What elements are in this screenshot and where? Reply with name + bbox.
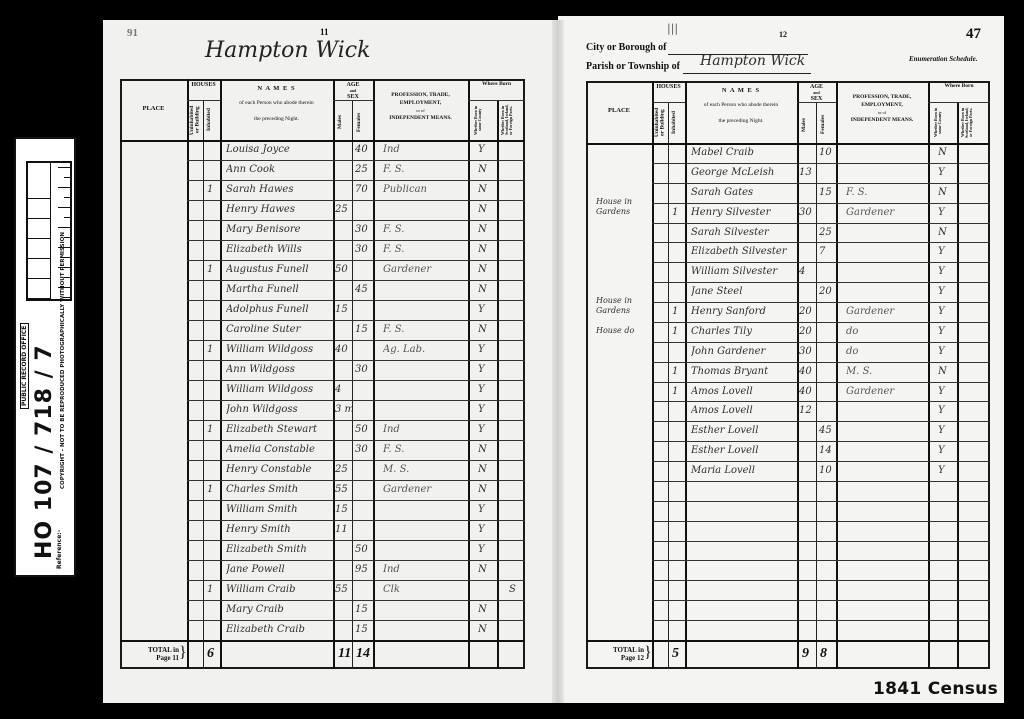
same-county-cell bbox=[938, 580, 957, 600]
inhabited-cell bbox=[672, 501, 685, 521]
female-age-cell bbox=[819, 362, 836, 382]
inhabited-cell bbox=[672, 600, 685, 620]
uninhabited-cell bbox=[189, 200, 203, 220]
inhabited-cell bbox=[672, 521, 685, 541]
inhabited-cell: 1 bbox=[207, 480, 220, 500]
profession-cell: F. S. bbox=[383, 240, 466, 260]
foreign-born-cell bbox=[969, 461, 990, 481]
names-header: N A M E S bbox=[220, 86, 333, 93]
foreign-born-cell bbox=[509, 360, 525, 380]
same-county-cell: Y bbox=[478, 420, 497, 440]
profession-cell: F. S. bbox=[846, 183, 926, 203]
inhabited-cell bbox=[672, 560, 685, 580]
houses-header: HOUSES bbox=[652, 84, 685, 90]
uninhabited-cell bbox=[189, 520, 203, 540]
houses-header-divider bbox=[187, 100, 220, 101]
male-age-cell bbox=[799, 580, 816, 600]
person-name-cell: Jane Powell bbox=[226, 560, 331, 580]
inhabited-cell bbox=[672, 143, 685, 163]
foreign-born-cell bbox=[969, 501, 990, 521]
male-age-cell bbox=[335, 240, 352, 260]
inhabited-cell: 1 bbox=[672, 322, 685, 342]
same-county-cell: Y bbox=[478, 380, 497, 400]
person-name-cell: Mary Craib bbox=[226, 600, 331, 620]
copyright-notice: COPYRIGHT - NOT TO BE REPRODUCED PHOTOGR… bbox=[60, 232, 66, 489]
age-and-header: and bbox=[797, 91, 836, 95]
female-age-cell: 45 bbox=[819, 421, 836, 441]
male-age-cell bbox=[799, 521, 816, 541]
profession-cell: F. S. bbox=[383, 440, 466, 460]
person-name-cell: Adolphus Funell bbox=[226, 300, 331, 320]
female-age-cell bbox=[819, 560, 836, 580]
profession-cell: do bbox=[846, 322, 926, 342]
uninhabited-cell bbox=[654, 521, 668, 541]
male-age-cell: 12 bbox=[799, 401, 816, 421]
uninhabited-cell bbox=[654, 163, 668, 183]
uninhabited-cell bbox=[654, 560, 668, 580]
female-age-cell bbox=[819, 342, 836, 362]
same-county-cell: Y bbox=[478, 340, 497, 360]
profession-cell bbox=[846, 481, 926, 501]
profession-cell bbox=[846, 580, 926, 600]
folio-number: 47 bbox=[966, 26, 981, 43]
same-county-cell: Y bbox=[938, 342, 957, 362]
person-name-cell: Sarah Hawes bbox=[226, 180, 331, 200]
inhabited-cell bbox=[207, 540, 220, 560]
profession-cell bbox=[846, 521, 926, 541]
uninhabited-cell bbox=[654, 600, 668, 620]
folio-mark: 91 bbox=[127, 27, 138, 39]
same-county-cell: N bbox=[938, 183, 957, 203]
female-age-cell bbox=[819, 382, 836, 402]
female-age-cell bbox=[355, 460, 373, 480]
female-age-cell: 50 bbox=[355, 420, 373, 440]
same-county-cell: N bbox=[478, 560, 497, 580]
inhabited-cell: 1 bbox=[207, 420, 220, 440]
foreign-born-cell bbox=[969, 183, 990, 203]
female-age-cell bbox=[819, 541, 836, 561]
inhabited-cell bbox=[207, 560, 220, 580]
same-county-cell: Y bbox=[938, 461, 957, 481]
profession-cell: Gardener bbox=[846, 382, 926, 402]
where-born-header-divider bbox=[928, 102, 990, 103]
female-age-cell bbox=[819, 521, 836, 541]
uninhabited-cell bbox=[654, 481, 668, 501]
inhabited-cell bbox=[207, 500, 220, 520]
houses-header: HOUSES bbox=[187, 82, 220, 88]
same-county-cell bbox=[938, 501, 957, 521]
person-name-cell: Henry Hawes bbox=[226, 200, 331, 220]
foreign-born-cell bbox=[509, 620, 525, 640]
same-county-cell bbox=[938, 541, 957, 561]
person-name-cell: William Silvester bbox=[691, 262, 795, 282]
record-office-label: PUBLIC RECORD OFFICE bbox=[20, 323, 29, 409]
female-age-cell bbox=[819, 262, 836, 282]
inhabited-cell: 1 bbox=[207, 340, 220, 360]
uninhabited-cell bbox=[654, 262, 668, 282]
female-age-cell: 45 bbox=[355, 280, 373, 300]
uninhabited-cell bbox=[189, 340, 203, 360]
foreign-born-cell bbox=[969, 541, 990, 561]
same-county-cell: N bbox=[478, 180, 497, 200]
uninhabited-cell bbox=[654, 183, 668, 203]
female-age-cell: 30 bbox=[355, 240, 373, 260]
profession-cell: F. S. bbox=[383, 320, 466, 340]
foreign-born-cell bbox=[509, 420, 525, 440]
uninhabited-cell bbox=[189, 220, 203, 240]
same-county-cell: Y bbox=[938, 163, 957, 183]
same-county-cell: Y bbox=[478, 360, 497, 380]
profession-cell: Gardener bbox=[846, 302, 926, 322]
foreign-born-cell bbox=[969, 521, 990, 541]
place-header: PLACE bbox=[586, 108, 652, 115]
same-county-cell: N bbox=[938, 223, 957, 243]
parish-value: Hampton Wick bbox=[700, 53, 805, 69]
uninhabited-cell bbox=[189, 300, 203, 320]
city-label: City or Borough of bbox=[586, 42, 666, 53]
female-age-cell: 25 bbox=[819, 223, 836, 243]
inhabited-cell: 1 bbox=[207, 260, 220, 280]
uninhabited-cell bbox=[189, 560, 203, 580]
same-county-cell bbox=[938, 600, 957, 620]
inhabited-cell bbox=[207, 600, 220, 620]
foreign-born-cell bbox=[509, 380, 525, 400]
female-age-cell bbox=[819, 401, 836, 421]
males-header: Males bbox=[802, 110, 813, 139]
foreign-born-cell bbox=[969, 600, 990, 620]
uninhabited-cell bbox=[654, 322, 668, 342]
inhabited-cell bbox=[207, 360, 220, 380]
inhabited-cell: 1 bbox=[672, 203, 685, 223]
female-age-cell: 15 bbox=[819, 183, 836, 203]
person-name-cell: Martha Funell bbox=[226, 280, 331, 300]
uninhabited-cell bbox=[654, 382, 668, 402]
place-note: House in Gardens bbox=[596, 197, 650, 217]
person-name-cell: Ann Wildgoss bbox=[226, 360, 331, 380]
uninhabited-cell bbox=[654, 441, 668, 461]
inhabited-cell bbox=[672, 223, 685, 243]
profession-cell bbox=[383, 500, 466, 520]
foreign-born-cell bbox=[969, 560, 990, 580]
profession-cell bbox=[846, 282, 926, 302]
foreign-born-cell bbox=[509, 340, 525, 360]
inhabited-cell bbox=[207, 400, 220, 420]
female-age-cell: 30 bbox=[355, 440, 373, 460]
same-county-cell: N bbox=[478, 460, 497, 480]
person-name-cell: William Smith bbox=[226, 500, 331, 520]
total-row-rule bbox=[586, 640, 990, 642]
person-name-cell: Henry Silvester bbox=[691, 203, 795, 223]
ruler-tick bbox=[58, 227, 70, 228]
profession-header-3: or of bbox=[373, 109, 468, 114]
inhabited-cell bbox=[207, 320, 220, 340]
inhabited-cell: 1 bbox=[672, 362, 685, 382]
female-age-cell: 40 bbox=[355, 140, 373, 160]
female-age-cell bbox=[355, 340, 373, 360]
uninhabited-cell bbox=[654, 282, 668, 302]
same-county-cell: Y bbox=[478, 400, 497, 420]
male-age-cell bbox=[799, 441, 816, 461]
foreign-born-cell bbox=[969, 203, 990, 223]
same-county-cell: Y bbox=[478, 500, 497, 520]
female-age-cell: 70 bbox=[355, 180, 373, 200]
uninhabited-cell bbox=[189, 320, 203, 340]
foreign-born-cell: S bbox=[509, 580, 525, 600]
person-name-cell: Henry Smith bbox=[226, 520, 331, 540]
uninhabited-cell bbox=[189, 620, 203, 640]
female-age-cell bbox=[819, 600, 836, 620]
same-county-cell: N bbox=[478, 200, 497, 220]
inhabited-cell bbox=[672, 262, 685, 282]
female-age-cell: 25 bbox=[355, 160, 373, 180]
same-county-cell: N bbox=[478, 320, 497, 340]
person-name-cell: John Gardener bbox=[691, 342, 795, 362]
inhabited-cell bbox=[207, 300, 220, 320]
foreign-born-cell bbox=[509, 400, 525, 420]
uninhabited-cell bbox=[654, 580, 668, 600]
uninhabited-cell bbox=[654, 242, 668, 262]
same-county-cell: N bbox=[478, 260, 497, 280]
person-name-cell: Charles Tily bbox=[691, 322, 795, 342]
profession-cell bbox=[383, 280, 466, 300]
profession-header-2: EMPLOYMENT, bbox=[836, 103, 928, 109]
male-age-cell bbox=[335, 420, 352, 440]
inhabited-cell bbox=[207, 140, 220, 160]
profession-cell bbox=[846, 143, 926, 163]
total-label-2: Page 12 bbox=[588, 654, 644, 662]
female-age-cell bbox=[819, 322, 836, 342]
uninhabited-cell bbox=[189, 140, 203, 160]
person-name-cell: Elizabeth Stewart bbox=[226, 420, 331, 440]
person-name-cell bbox=[691, 600, 795, 620]
total-row-rule bbox=[120, 640, 525, 642]
person-name-cell: Mabel Craib bbox=[691, 143, 795, 163]
male-age-cell bbox=[335, 320, 352, 340]
male-age-cell bbox=[799, 560, 816, 580]
foreign-born-cell bbox=[969, 163, 990, 183]
names-subheader-1: of each Person who abode therein bbox=[220, 101, 333, 107]
foreign-born-cell bbox=[969, 322, 990, 342]
total-females: 14 bbox=[356, 646, 370, 662]
person-name-cell bbox=[691, 620, 795, 640]
tally-mark: ||| bbox=[667, 22, 678, 35]
same-county-cell: Y bbox=[938, 322, 957, 342]
inhabited-cell bbox=[672, 441, 685, 461]
foreign-born-cell bbox=[509, 240, 525, 260]
person-name-cell: Amelia Constable bbox=[226, 440, 331, 460]
person-name-cell: Elizabeth Silvester bbox=[691, 242, 795, 262]
female-age-cell bbox=[819, 163, 836, 183]
person-name-cell bbox=[691, 541, 795, 561]
uninhabited-cell bbox=[189, 480, 203, 500]
inhabited-cell bbox=[672, 461, 685, 481]
same-county-cell: N bbox=[478, 220, 497, 240]
same-county-cell: Y bbox=[938, 242, 957, 262]
uninhabited-cell bbox=[189, 420, 203, 440]
male-age-cell bbox=[335, 620, 352, 640]
total-brace: } bbox=[644, 644, 652, 662]
foreign-born-cell bbox=[509, 440, 525, 460]
profession-cell: Ind bbox=[383, 420, 466, 440]
same-county-header: Whether Born in same County bbox=[474, 103, 493, 137]
male-age-cell bbox=[335, 360, 352, 380]
ruler-tick bbox=[58, 167, 70, 168]
ruler-cell bbox=[28, 279, 50, 299]
same-county-cell: N bbox=[478, 240, 497, 260]
inhabited-cell bbox=[207, 440, 220, 460]
uninhabited-cell bbox=[654, 203, 668, 223]
profession-cell bbox=[383, 300, 466, 320]
female-age-cell bbox=[355, 260, 373, 280]
foreign-born-cell bbox=[969, 620, 990, 640]
profession-cell bbox=[383, 380, 466, 400]
uninhabited-cell bbox=[654, 501, 668, 521]
female-age-cell: 15 bbox=[355, 600, 373, 620]
uninhabited-cell bbox=[189, 160, 203, 180]
person-name-cell: Amos Lovell bbox=[691, 401, 795, 421]
census-watermark: 1841 Census bbox=[873, 679, 998, 699]
same-county-cell: Y bbox=[938, 302, 957, 322]
person-name-cell: Esther Lovell bbox=[691, 441, 795, 461]
foreign-born-cell bbox=[969, 242, 990, 262]
foreign-born-cell bbox=[969, 223, 990, 243]
age-and-header: and bbox=[333, 89, 373, 93]
male-age-cell bbox=[335, 280, 352, 300]
inhabited-cell bbox=[672, 163, 685, 183]
total-females: 8 bbox=[820, 646, 827, 662]
reference-label: Reference:- bbox=[56, 530, 63, 569]
person-name-cell: Jane Steel bbox=[691, 282, 795, 302]
same-county-cell: Y bbox=[938, 441, 957, 461]
profession-header-4: INDEPENDENT MEANS. bbox=[373, 116, 468, 122]
foreign-born-cell bbox=[509, 220, 525, 240]
male-age-cell bbox=[799, 223, 816, 243]
inhabited-cell bbox=[207, 280, 220, 300]
profession-cell bbox=[846, 441, 926, 461]
profession-cell: M. S. bbox=[383, 460, 466, 480]
profession-cell: Ind bbox=[383, 560, 466, 580]
uninhabited-cell bbox=[654, 362, 668, 382]
inhabited-header: Inhabited bbox=[207, 104, 218, 136]
same-county-cell: Y bbox=[478, 140, 497, 160]
inhabited-cell bbox=[207, 160, 220, 180]
profession-cell: M. S. bbox=[846, 362, 926, 382]
profession-cell: Publican bbox=[383, 180, 466, 200]
uninhabited-header: Uninhabited or Building bbox=[655, 106, 667, 139]
same-county-cell: Y bbox=[478, 540, 497, 560]
profession-cell bbox=[383, 200, 466, 220]
foreign-born-cell bbox=[509, 200, 525, 220]
profession-cell: Ag. Lab. bbox=[383, 340, 466, 360]
uninhabited-cell bbox=[189, 360, 203, 380]
profession-cell bbox=[846, 401, 926, 421]
foreign-born-cell bbox=[509, 520, 525, 540]
female-age-cell bbox=[819, 501, 836, 521]
male-age-cell bbox=[799, 421, 816, 441]
person-name-cell: George McLeish bbox=[691, 163, 795, 183]
male-age-cell bbox=[335, 160, 352, 180]
person-name-cell bbox=[691, 481, 795, 501]
same-county-cell: Y bbox=[938, 203, 957, 223]
foreign-born-cell bbox=[509, 320, 525, 340]
foreign-born-cell bbox=[509, 600, 525, 620]
male-age-cell bbox=[799, 183, 816, 203]
foreign-born-cell bbox=[509, 500, 525, 520]
profession-cell bbox=[846, 560, 926, 580]
inhabited-cell: 1 bbox=[672, 382, 685, 402]
names-subheader-2: the preceding Night. bbox=[220, 117, 333, 123]
right-page-number: 12 bbox=[779, 30, 787, 39]
profession-cell bbox=[846, 461, 926, 481]
same-county-cell bbox=[938, 620, 957, 640]
same-county-cell: N bbox=[478, 280, 497, 300]
male-age-cell: 55 bbox=[335, 480, 352, 500]
profession-cell: Ind bbox=[383, 140, 466, 160]
uninhabited-cell bbox=[189, 540, 203, 560]
same-county-cell: Y bbox=[938, 262, 957, 282]
profession-cell: Gardener bbox=[846, 203, 926, 223]
foreign-born-header: Whether Born in Scotland, Ireland, or Fo… bbox=[961, 105, 988, 140]
profession-cell bbox=[846, 262, 926, 282]
foreign-born-cell bbox=[509, 540, 525, 560]
person-name-cell: Elizabeth Wills bbox=[226, 240, 331, 260]
person-name-cell: Sarah Gates bbox=[691, 183, 795, 203]
male-age-cell: 40 bbox=[335, 340, 352, 360]
foreign-born-cell bbox=[969, 302, 990, 322]
foreign-born-cell bbox=[509, 260, 525, 280]
uninhabited-cell bbox=[189, 580, 203, 600]
uninhabited-cell bbox=[654, 421, 668, 441]
total-males: 9 bbox=[802, 646, 809, 662]
ruler-tick bbox=[58, 207, 70, 208]
female-age-cell: 15 bbox=[355, 620, 373, 640]
profession-cell: F. S. bbox=[383, 220, 466, 240]
uninhabited-cell bbox=[189, 280, 203, 300]
foreign-born-cell bbox=[969, 580, 990, 600]
foreign-born-header: Whether Born in Scotland, Ireland, or Fo… bbox=[501, 103, 523, 137]
profession-cell bbox=[846, 163, 926, 183]
uninhabited-cell bbox=[189, 260, 203, 280]
same-county-cell: N bbox=[938, 143, 957, 163]
male-age-cell: 25 bbox=[335, 200, 352, 220]
person-name-cell: Louisa Joyce bbox=[226, 140, 331, 160]
archive-reference-strip: PUBLIC RECORD OFFICE HO 107 / 718 / 7 Re… bbox=[14, 137, 76, 577]
parish-label: Parish or Township of bbox=[586, 61, 680, 72]
person-name-cell: Caroline Suter bbox=[226, 320, 331, 340]
same-county-cell: Y bbox=[938, 401, 957, 421]
ruler-cell bbox=[28, 179, 50, 199]
person-name-cell: Esther Lovell bbox=[691, 421, 795, 441]
uninhabited-cell bbox=[189, 240, 203, 260]
females-header: Females bbox=[357, 108, 370, 136]
female-age-cell bbox=[355, 480, 373, 500]
inhabited-cell bbox=[207, 520, 220, 540]
ruler-tick bbox=[64, 177, 70, 178]
ruler-cell bbox=[28, 259, 50, 279]
inhabited-cell bbox=[672, 401, 685, 421]
person-name-cell: Mary Benisore bbox=[226, 220, 331, 240]
profession-cell bbox=[383, 400, 466, 420]
same-county-cell bbox=[938, 521, 957, 541]
sex-header: SEX bbox=[333, 94, 373, 100]
total-males: 11 bbox=[338, 646, 351, 662]
female-age-cell bbox=[819, 203, 836, 223]
total-inhabited: 5 bbox=[672, 646, 679, 662]
inhabited-cell bbox=[207, 380, 220, 400]
same-county-cell: N bbox=[478, 440, 497, 460]
male-age-cell bbox=[799, 541, 816, 561]
female-age-cell bbox=[819, 481, 836, 501]
